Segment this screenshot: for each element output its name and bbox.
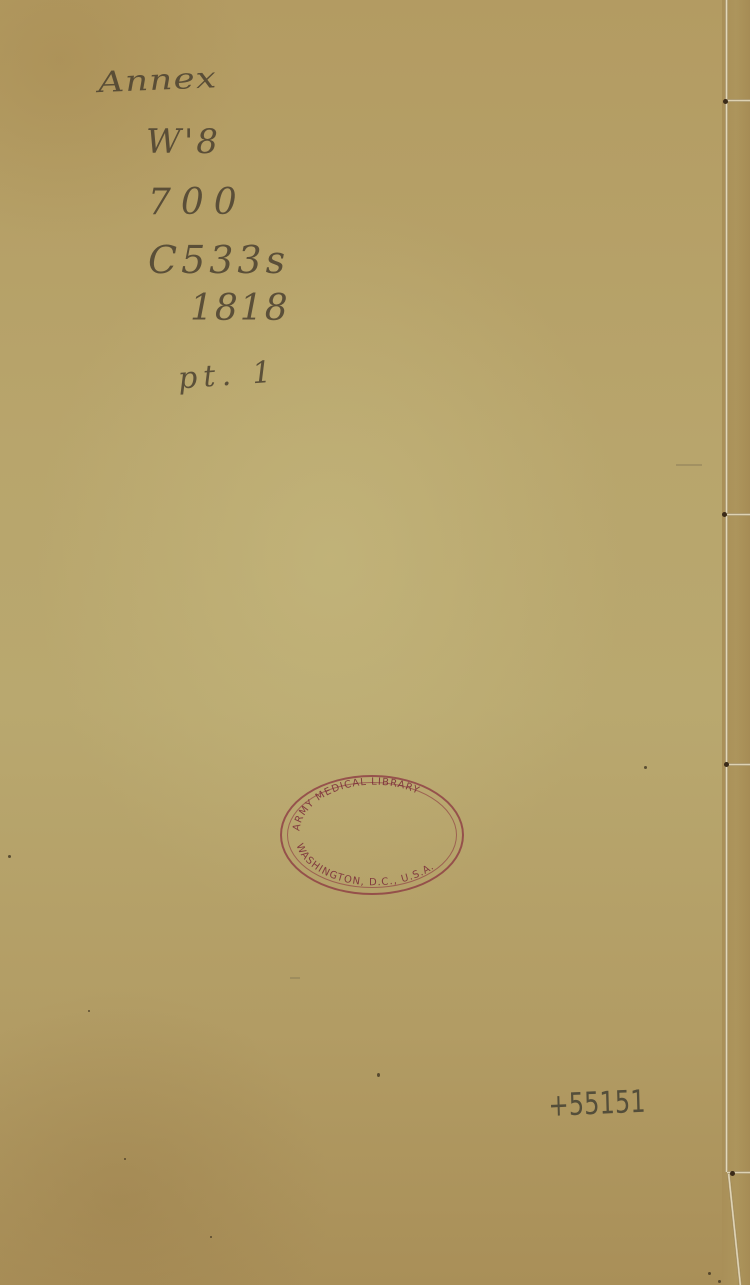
paper-smudge [676,464,702,466]
binding-knot [730,1171,735,1176]
binding-thread [725,516,728,764]
library-stamp: ARMY MEDICAL LIBRARY WASHINGTON, D.C., U… [280,775,464,895]
binding-knot [722,512,727,517]
binding-knot [724,762,729,767]
accession-number: +55151 [548,1084,646,1124]
paper-speck [124,1158,126,1160]
stamp-top-text: ARMY MEDICAL LIBRARY [291,777,421,832]
call-number-line-part: pt. 1 [177,355,279,397]
stamp-text-svg: ARMY MEDICAL LIBRARY WASHINGTON, D.C., U… [282,777,462,893]
binding-thread [725,102,728,514]
binding-thread [725,0,728,100]
call-number-line-annex: Annex [97,62,218,100]
paper-speck [8,855,11,858]
paper-speck [718,1280,721,1283]
call-number-line-year: 1818 [190,288,290,329]
binding-thread-cross [727,513,750,516]
paper-speck [708,1272,711,1275]
paper-smudge [290,977,300,979]
paper-speck [88,1010,90,1012]
binding-knot [723,99,728,104]
call-number-line-number: 700 [148,182,247,223]
call-number-line-class: W'8 [146,122,221,162]
paper-speck [377,1073,380,1077]
binding-thread-cross [727,99,750,102]
binding-thread-cross [727,763,750,766]
stamp-bottom-text: WASHINGTON, D.C., U.S.A. [294,842,437,888]
paper-speck [210,1236,212,1238]
call-number-line-cutter: C533s [148,238,289,282]
paper-speck [644,766,647,769]
binding-thread [725,766,728,1172]
